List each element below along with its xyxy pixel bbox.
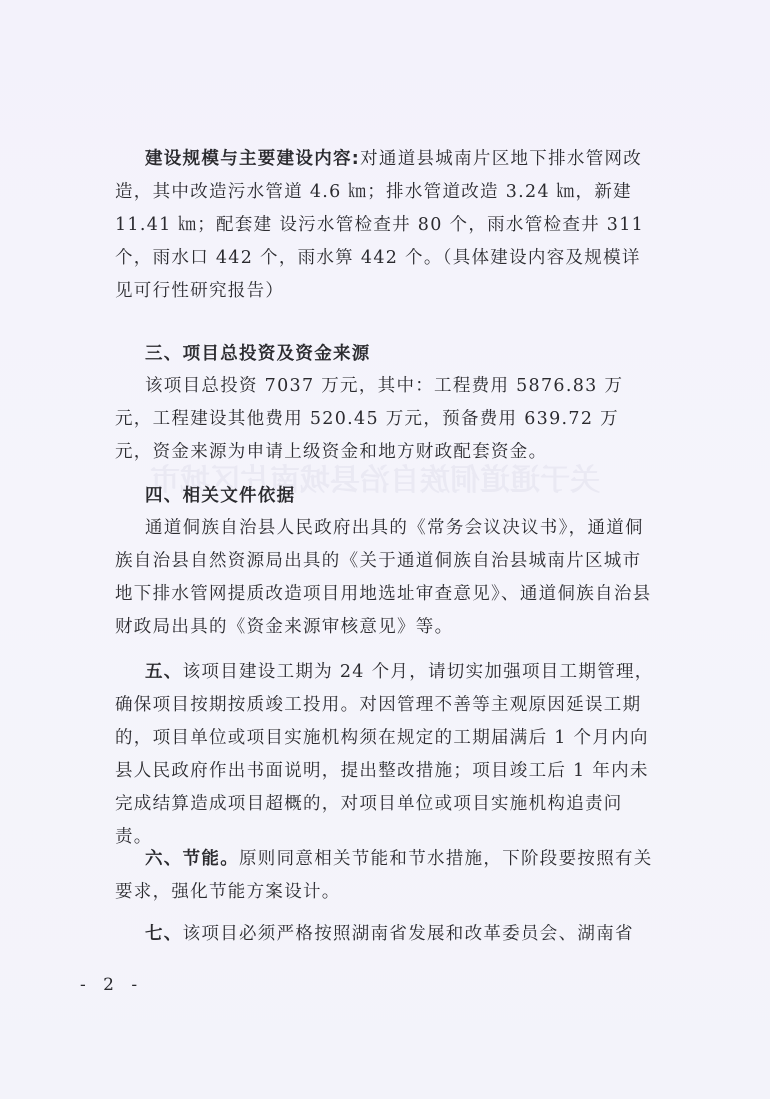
construction-scale-label: 建设规模与主要建设内容: <box>145 149 360 169</box>
compliance-label: 七、 <box>145 924 183 944</box>
paragraph-construction-scale: 建设规模与主要建设内容:对通道县城南片区地下排水管网改造，其中改造污水管道 4.… <box>115 143 655 308</box>
period-label: 五、 <box>145 662 183 682</box>
section-heading-investment: 三、项目总投资及资金来源 <box>145 340 371 365</box>
paragraph-basis: 通道侗族自治县人民政府出具的《常务会议决议书》，通道侗族自治县自然资源局出具的《… <box>115 512 655 644</box>
investment-text: 该项目总投资 7037 万元，其中：工程费用 5876.83 万元，工程建设其他… <box>115 376 623 462</box>
paragraph-compliance: 七、该项目必须严格按照湖南省发展和改革委员会、湖南省 <box>115 918 655 951</box>
paragraph-energy: 六、节能。原则同意相关节能和节水措施，下阶段要按照有关要求，强化节能方案设计。 <box>115 843 655 909</box>
compliance-text: 该项目必须严格按照湖南省发展和改革委员会、湖南省 <box>183 924 634 944</box>
section-heading-basis: 四、相关文件依据 <box>145 482 295 507</box>
energy-label: 六、节能。 <box>145 849 239 869</box>
basis-text: 通道侗族自治县人民政府出具的《常务会议决议书》，通道侗族自治县自然资源局出具的《… <box>115 518 651 637</box>
paragraph-investment: 该项目总投资 7037 万元，其中：工程费用 5876.83 万元，工程建设其他… <box>115 370 655 469</box>
period-text: 该项目建设工期为 24 个月，请切实加强项目工期管理，确保项目按期按质竣工投用。… <box>115 662 654 847</box>
page-number: - 2 - <box>80 975 143 995</box>
construction-scale-text: 对通道县城南片区地下排水管网改造，其中改造污水管道 4.6 ㎞；排水管道改造 3… <box>115 149 644 301</box>
paragraph-construction-period: 五、该项目建设工期为 24 个月，请切实加强项目工期管理，确保项目按期按质竣工投… <box>115 656 655 854</box>
document-page: 关于通道侗族自治县城南片区城市 建设规模与主要建设内容:对通道县城南片区地下排水… <box>0 0 770 1099</box>
